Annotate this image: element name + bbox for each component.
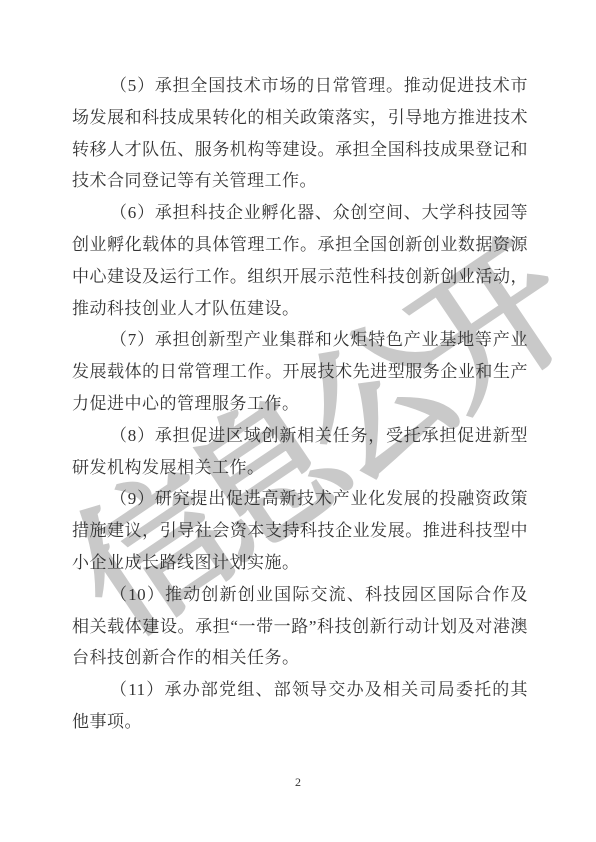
paragraph-10: （10）推动创新创业国际交流、科技园区国际合作及相关载体建设。承担“一带一路”科… — [72, 579, 528, 674]
page-number: 2 — [0, 775, 596, 790]
document-page: 信息公开 （5）承担全国技术市场的日常管理。推动促进技术市场发展和科技成果转化的… — [0, 0, 596, 842]
paragraph-11: （11）承办部党组、部领导交办及相关司局委托的其他事项。 — [72, 674, 528, 738]
paragraph-5: （5）承担全国技术市场的日常管理。推动促进技术市场发展和科技成果转化的相关政策落… — [72, 70, 528, 197]
paragraph-6: （6）承担科技企业孵化器、众创空间、大学科技园等创业孵化载体的具体管理工作。承担… — [72, 197, 528, 324]
paragraph-7: （7）承担创新型产业集群和火炬特色产业基地等产业发展载体的日常管理工作。开展技术… — [72, 324, 528, 419]
document-body: （5）承担全国技术市场的日常管理。推动促进技术市场发展和科技成果转化的相关政策落… — [72, 70, 528, 738]
paragraph-9: （9）研究提出促进高新技术产业化发展的投融资政策措施建议，引导社会资本支持科技企… — [72, 483, 528, 578]
paragraph-8: （8）承担促进区域创新相关任务，受托承担促进新型研发机构发展相关工作。 — [72, 420, 528, 484]
